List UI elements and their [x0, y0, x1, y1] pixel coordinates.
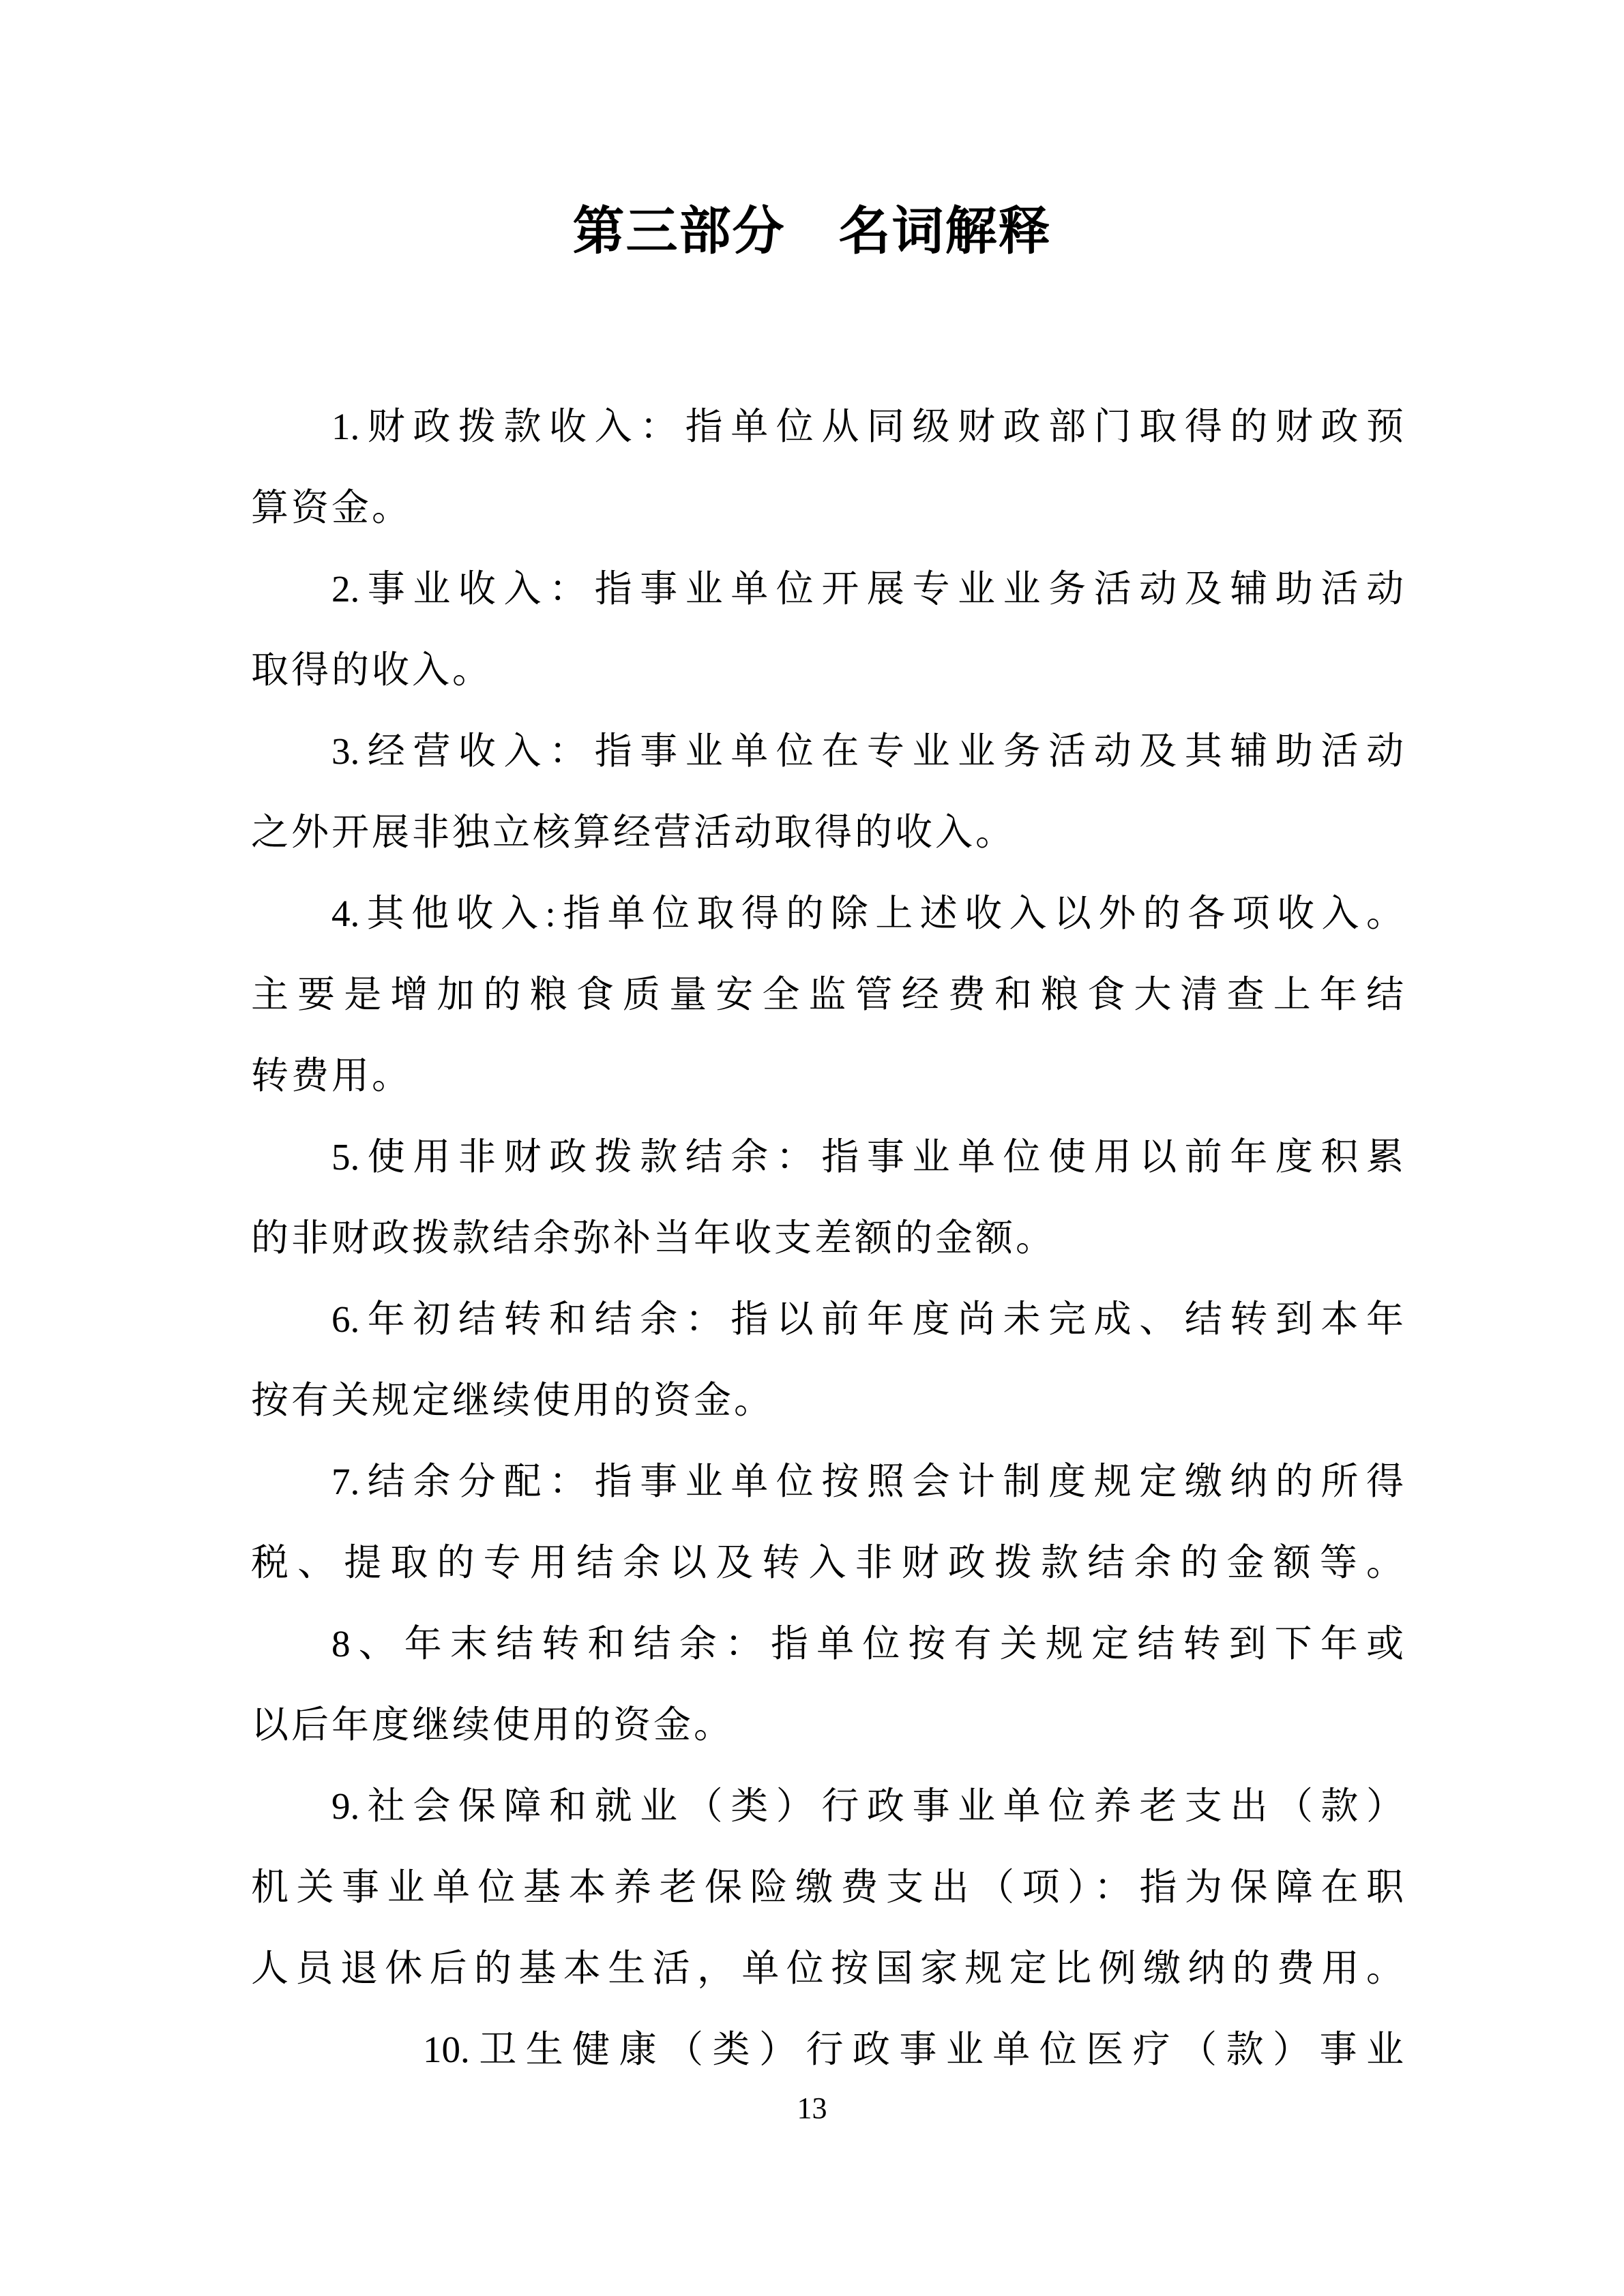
- text-line: 2.事业收入：指事业单位开展专业业务活动及辅助活动: [251, 548, 1404, 629]
- text-line: 人员退休后的基本生活，单位按国家规定比例缴纳的费用。: [251, 1928, 1404, 2009]
- text-line: 主要是增加的粮食质量安全监管经费和粮食大清查上年结: [251, 954, 1404, 1035]
- page-number: 13: [0, 2088, 1624, 2129]
- text-line: 10.卫生健康（类）行政事业单位医疗（款）事业: [251, 2009, 1404, 2090]
- text-line: 以后年度继续使用的资金。: [251, 1684, 1404, 1765]
- text-line: 转费用。: [251, 1035, 1404, 1116]
- text-line: 之外开展非独立核算经营活动取得的收入。: [251, 792, 1404, 873]
- text-line: 1.财政拨款收入：指单位从同级财政部门取得的财政预: [251, 386, 1404, 467]
- body-text: 1.财政拨款收入：指单位从同级财政部门取得的财政预算资金。2.事业收入：指事业单…: [251, 386, 1404, 2090]
- page-title: 第三部分 名词解释: [0, 196, 1624, 267]
- text-line: 4.其他收入:指单位取得的除上述收入以外的各项收入。: [251, 873, 1404, 954]
- text-line: 9.社会保障和就业（类）行政事业单位养老支出（款）: [251, 1765, 1404, 1847]
- text-line: 7.结余分配：指事业单位按照会计制度规定缴纳的所得: [251, 1441, 1404, 1522]
- text-line: 5.使用非财政拨款结余：指事业单位使用以前年度积累: [251, 1116, 1404, 1197]
- text-line: 按有关规定继续使用的资金。: [251, 1360, 1404, 1441]
- text-line: 6.年初结转和结余：指以前年度尚未完成、结转到本年: [251, 1279, 1404, 1360]
- text-line: 税、提取的专用结余以及转入非财政拨款结余的金额等。: [251, 1522, 1404, 1603]
- text-line: 机关事业单位基本养老保险缴费支出（项）：指为保障在职: [251, 1847, 1404, 1928]
- text-line: 8、年末结转和结余：指单位按有关规定结转到下年或: [251, 1603, 1404, 1684]
- text-line: 算资金。: [251, 467, 1404, 548]
- document-page: 第三部分 名词解释 1.财政拨款收入：指单位从同级财政部门取得的财政预算资金。2…: [0, 0, 1624, 2296]
- text-line: 的非财政拨款结余弥补当年收支差额的金额。: [251, 1197, 1404, 1279]
- text-line: 3.经营收入：指事业单位在专业业务活动及其辅助活动: [251, 711, 1404, 792]
- text-line: 取得的收入。: [251, 629, 1404, 711]
